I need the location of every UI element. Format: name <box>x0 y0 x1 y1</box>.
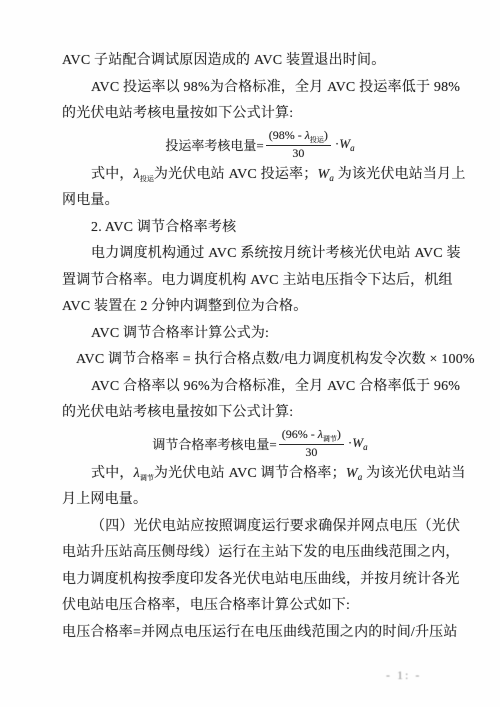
doc-line-17: 月上网电量。 <box>62 487 458 514</box>
doc-line-9: 置调节合格率。电力调度机构 AVC 主站电压指令下达后，机组 <box>62 268 458 295</box>
doc-line-6: 网电量。 <box>62 188 458 215</box>
lambda-subscript: 投运 <box>310 136 324 144</box>
doc-line-3: 的光伏电站考核电量按如下公式计算: <box>62 101 458 128</box>
formula2-num-close: ) <box>337 427 341 441</box>
formula1-denominator: 30 <box>292 146 304 160</box>
doc-line-21: 伏电站电压合格率，电压合格率计算公式如下: <box>62 593 458 620</box>
w-variable: W <box>339 136 350 151</box>
formula1-numerator: (98% - λ投运) <box>266 129 331 147</box>
doc-line-22: 电压合格率=并网点电压运行在电压曲线范围之内的时间/升压站 <box>62 620 458 647</box>
formula2-num-open: (96% - <box>282 427 318 441</box>
formula2-multiplier: ·Wa <box>348 435 368 452</box>
doc-line-20: 电力调度机构按季度印发各光伏电站电压曲线，并按月统计各光 <box>62 567 458 594</box>
doc-line-1: AVC 子站配合调试原因造成的 AVC 装置退出时间。 <box>62 48 458 75</box>
w-subscript: a <box>363 442 368 452</box>
formula-pass-rate-inline: AVC 调节合格率 = 执行合格点数/电力调度机构发令次数 × 100% <box>62 347 458 374</box>
doc-line-13: AVC 合格率以 96%为合格标准，全月 AVC 合格率低于 96% <box>62 374 458 401</box>
formula-commissioning-rate: 投运率考核电量= (98% - λ投运) 30 ·Wa <box>62 128 458 162</box>
line5-prefix: 式中， <box>91 167 134 182</box>
w-variable: W <box>346 466 358 481</box>
formula1-multiplier: ·Wa <box>335 136 355 153</box>
doc-line-14: 的光伏电站考核电量按如下公式计算: <box>62 400 458 427</box>
formula-regulation-pass-rate: 调节合格率考核电量= (96% - λ调节) 30 ·Wa <box>62 427 458 461</box>
lambda-subscript: 调节 <box>323 435 337 443</box>
formula1-num-close: ) <box>324 128 328 142</box>
formula2-fraction: (96% - λ调节) 30 <box>279 428 344 460</box>
formula2-lhs: 调节合格率考核电量= <box>152 434 276 453</box>
doc-line-8: 电力调度机构通过 AVC 系统按月统计考核光伏电站 AVC 装 <box>62 241 458 268</box>
formula1-lhs: 投运率考核电量= <box>165 135 263 154</box>
section-heading-2: 2. AVC 调节合格率考核 <box>62 215 458 242</box>
line16-middle: 为光伏电站 AVC 调节合格率； <box>154 466 346 481</box>
doc-line-10: AVC 装置在 2 分钟内调整到位为合格。 <box>62 294 458 321</box>
doc-line-16: 式中，λ调节为光伏电站 AVC 调节合格率；Wa 为该光伏电站当 <box>62 461 458 488</box>
line5-middle: 为光伏电站 AVC 投运率； <box>154 167 318 182</box>
doc-line-19: 电站升压站高压侧母线）运行在主站下发的电压曲线范围之内， <box>62 540 458 567</box>
w-subscript: a <box>350 143 355 153</box>
document-body: AVC 子站配合调试原因造成的 AVC 装置退出时间。 AVC 投运率以 98%… <box>62 48 458 646</box>
doc-line-18: （四）光伏电站应按照调度运行要求确保并网点电压（光伏 <box>62 514 458 541</box>
formula2-denominator: 30 <box>305 445 317 459</box>
lambda-subscript: 投运 <box>140 175 154 183</box>
doc-line-11: AVC 调节合格率计算公式为: <box>62 321 458 348</box>
lambda-subscript: 调节 <box>140 474 154 482</box>
formula2-numerator: (96% - λ调节) <box>279 428 344 446</box>
line5-suffix: 为该光伏电站当月上 <box>334 167 466 182</box>
document-page: AVC 子站配合调试原因造成的 AVC 装置退出时间。 AVC 投运率以 98%… <box>0 0 500 707</box>
line16-suffix: 为该光伏电站当 <box>362 466 465 481</box>
page-number: - 1: - <box>386 668 421 683</box>
w-variable: W <box>352 435 363 450</box>
doc-line-5: 式中，λ投运为光伏电站 AVC 投运率；Wa 为该光伏电站当月上 <box>62 162 458 189</box>
formula1-num-open: (98% - <box>269 128 305 142</box>
w-variable: W <box>317 167 329 182</box>
formula1-fraction: (98% - λ投运) 30 <box>266 129 331 161</box>
line16-prefix: 式中， <box>91 466 134 481</box>
doc-line-2: AVC 投运率以 98%为合格标准，全月 AVC 投运率低于 98% <box>62 75 458 102</box>
